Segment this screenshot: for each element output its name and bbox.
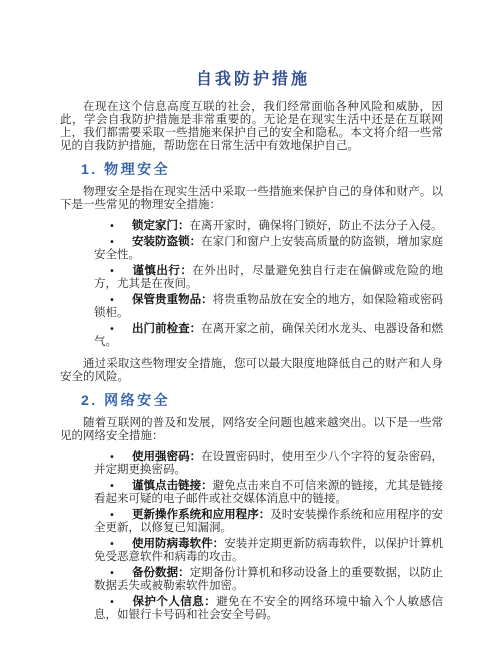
bullet-label: 锁定家门 <box>132 220 178 232</box>
document-section: 2. 网络安全 随着互联网的普及和发展，网络安全问题也越来越突出。以下是一些常见… <box>60 392 443 622</box>
bullet-label-separator: ： <box>178 567 190 579</box>
bullet-label-separator: ： <box>204 596 216 608</box>
document-page: 自我防护措施 在现在这个信息高度互联的社会，我们经常面临各种风险和威胁，因此，学… <box>0 0 502 649</box>
bullet-label-wrap: 谨慎点击链接： <box>132 480 213 492</box>
document-section: 1. 物理安全 物理安全是指在现实生活中采取一些措施来保护自己的身体和财产。以下… <box>60 161 443 384</box>
bullet-label-separator: ： <box>190 451 202 463</box>
bullet-label-wrap: 使用防病毒软件： <box>132 538 224 550</box>
bullet-icon: • <box>94 323 132 336</box>
list-item: •出门前检查：在离开家之前，确保关闭水龙头、电器设备和燃气。 <box>94 323 443 349</box>
intro-paragraph: 在现在这个信息高度互联的社会，我们经常面临各种风险和威胁，因此，学会自我防护措施… <box>60 101 443 153</box>
list-item: •谨慎出行：在外出时，尽量避免独自行走在偏僻或危险的地方，尤其是在夜间。 <box>94 265 443 291</box>
bullet-icon: • <box>94 220 132 233</box>
bullet-icon: • <box>94 480 132 493</box>
bullet-label-wrap: 备份数据： <box>132 567 190 579</box>
section-lead-paragraph: 物理安全是指在现实生活中采取一些措施来保护自己的身体和财产。以下是一些常见的物理… <box>60 186 443 212</box>
bullet-label-separator: ： <box>259 509 271 521</box>
bullet-label-wrap: 保护个人信息： <box>132 596 216 608</box>
bullet-icon: • <box>94 265 132 278</box>
bullet-label: 更新操作系统和应用程序 <box>132 509 259 521</box>
bullet-label-wrap: 锁定家门： <box>132 220 190 232</box>
list-item: •备份数据：定期备份计算机和移动设备上的重要数据，以防止数据丢失或被勒索软件加密… <box>94 567 443 593</box>
bullet-icon: • <box>94 236 132 249</box>
bullet-icon: • <box>94 596 132 609</box>
list-item: •锁定家门：在离开家时，确保将门锁好，防止不法分子入侵。 <box>94 220 443 233</box>
bullet-icon: • <box>94 294 132 307</box>
list-item: •使用强密码：在设置密码时，使用至少八个字符的复杂密码，并定期更换密码。 <box>94 451 443 477</box>
bullet-label: 使用强密码 <box>132 451 190 463</box>
section-heading: 1. 物理安全 <box>81 161 443 178</box>
document-title: 自我防护措施 <box>60 70 443 90</box>
bullet-label-wrap: 谨慎出行： <box>132 265 192 277</box>
list-item: •更新操作系统和应用程序：及时安装操作系统和应用程序的安全更新，以修复已知漏洞。 <box>94 509 443 535</box>
section-lead-paragraph: 随着互联网的普及和发展，网络安全问题也越来越突出。以下是一些常见的网络安全措施： <box>60 417 443 443</box>
list-item: •安装防盗锁：在家门和窗户上安装高质量的防盗锁，增加家庭安全性。 <box>94 236 443 262</box>
bullet-label: 谨慎点击链接 <box>132 480 201 492</box>
bullet-icon: • <box>94 538 132 551</box>
bullet-label: 备份数据 <box>132 567 178 579</box>
bullet-label: 使用防病毒软件 <box>132 538 213 550</box>
bullet-label-separator: ： <box>180 265 192 277</box>
bullet-label-wrap: 出门前检查： <box>132 323 201 335</box>
bullet-label-wrap: 保管贵重物品： <box>132 294 213 306</box>
section-heading: 2. 网络安全 <box>81 392 443 409</box>
list-item: •谨慎点击链接：避免点击来自不可信来源的链接，尤其是链接看起来可疑的电子邮件或社… <box>94 480 443 506</box>
bullet-label: 出门前检查 <box>132 323 190 335</box>
bullet-list: •使用强密码：在设置密码时，使用至少八个字符的复杂密码，并定期更换密码。 •谨慎… <box>60 451 443 622</box>
bullet-label: 保护个人信息 <box>132 596 204 608</box>
bullet-list: •锁定家门：在离开家时，确保将门锁好，防止不法分子入侵。 •安装防盗锁：在家门和… <box>60 220 443 349</box>
list-item: •保护个人信息：避免在不安全的网络环境中输入个人敏感信息，如银行卡号码和社会安全… <box>94 596 443 622</box>
list-item: •保管贵重物品：将贵重物品放在安全的地方，如保险箱或密码锁柜。 <box>94 294 443 320</box>
section-outro-paragraph: 通过采取这些物理安全措施，您可以最大限度地降低自己的财产和人身安全的风险。 <box>60 358 443 384</box>
bullet-text: 在离开家时，确保将门锁好，防止不法分子入侵。 <box>190 220 443 232</box>
bullet-label-separator: ： <box>190 236 202 248</box>
bullet-label-separator: ： <box>213 538 225 550</box>
bullet-label-wrap: 更新操作系统和应用程序： <box>132 509 270 521</box>
bullet-label-separator: ： <box>201 480 213 492</box>
bullet-icon: • <box>94 451 132 464</box>
sections-container: 1. 物理安全 物理安全是指在现实生活中采取一些措施来保护自己的身体和财产。以下… <box>60 161 443 622</box>
bullet-label: 谨慎出行 <box>132 265 180 277</box>
bullet-label-separator: ： <box>201 294 213 306</box>
bullet-label: 安装防盗锁 <box>132 236 190 248</box>
bullet-label-separator: ： <box>190 323 202 335</box>
list-item: •使用防病毒软件：安装并定期更新防病毒软件，以保护计算机免受恶意软件和病毒的攻击… <box>94 538 443 564</box>
bullet-label-wrap: 安装防盗锁： <box>132 236 201 248</box>
bullet-icon: • <box>94 567 132 580</box>
bullet-label-wrap: 使用强密码： <box>132 451 201 463</box>
bullet-label-separator: ： <box>178 220 190 232</box>
bullet-icon: • <box>94 509 132 522</box>
bullet-label: 保管贵重物品 <box>132 294 201 306</box>
